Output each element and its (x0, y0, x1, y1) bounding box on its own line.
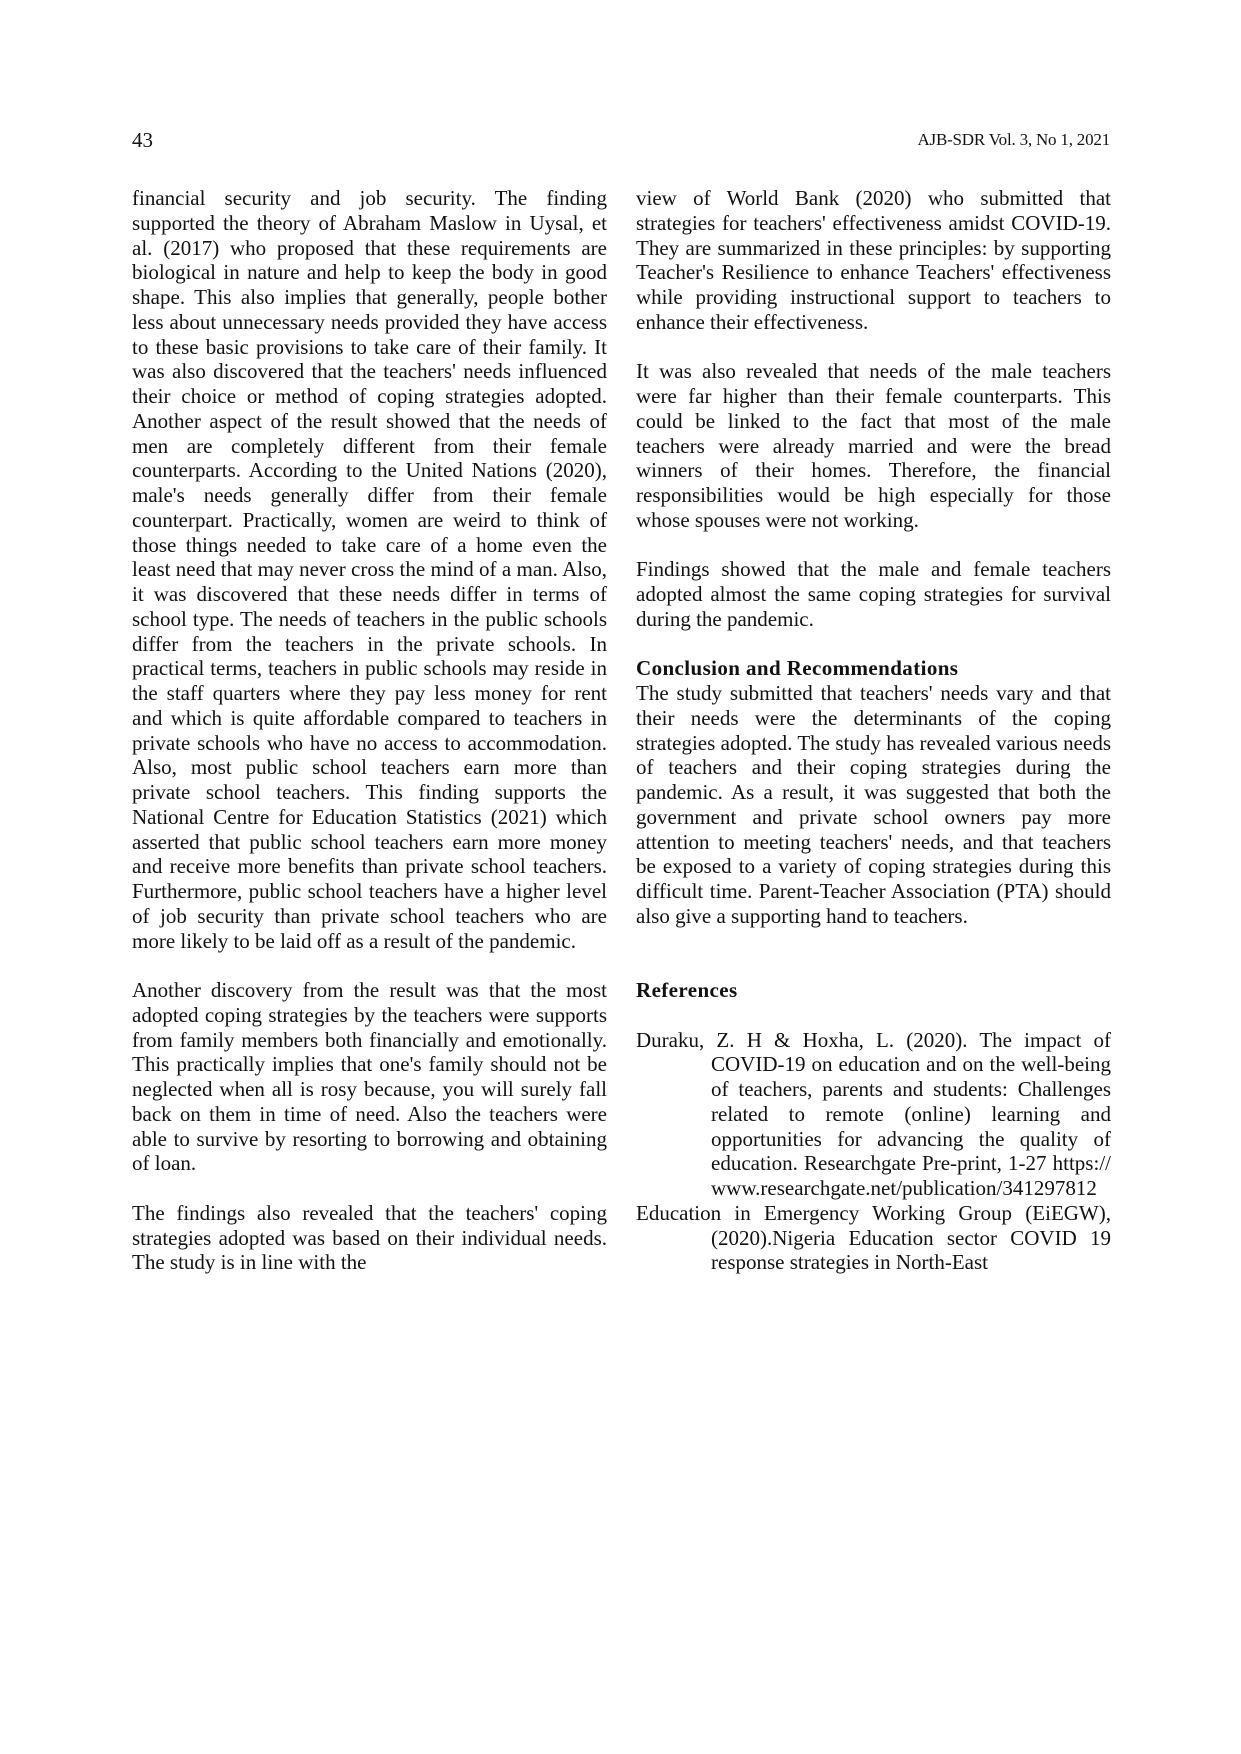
reference-text: Education in Emergency Working Group (Ei… (636, 1201, 1111, 1275)
reference-entry: Duraku, Z. H & Hoxha, L. (2020). The imp… (636, 1028, 1111, 1201)
right-column: view of World Bank (2020) who submitted … (636, 186, 1111, 1275)
spacer (636, 953, 1111, 978)
conclusion-heading: Conclusion and Recommendations (636, 656, 1111, 681)
reference-entry: Education in Emergency Working Group (Ei… (636, 1201, 1111, 1275)
page-number: 43 (132, 128, 153, 153)
running-head: AJB-SDR Vol. 3, No 1, 2021 (917, 130, 1110, 150)
body-paragraph: financial security and job security. The… (132, 186, 607, 953)
body-paragraph: Another discovery from the result was th… (132, 978, 607, 1176)
references-heading: References (636, 978, 1111, 1003)
reference-text: Duraku, Z. H & Hoxha, L. (2020). The imp… (636, 1028, 1111, 1176)
body-paragraph: It was also revealed that needs of the m… (636, 359, 1111, 532)
body-paragraph: Findings showed that the male and female… (636, 557, 1111, 631)
left-column: financial security and job security. The… (132, 186, 607, 1300)
body-paragraph: The findings also revealed that the teac… (132, 1201, 607, 1275)
conclusion-paragraph: The study submitted that teachers' needs… (636, 681, 1111, 929)
body-paragraph: view of World Bank (2020) who submitted … (636, 186, 1111, 335)
